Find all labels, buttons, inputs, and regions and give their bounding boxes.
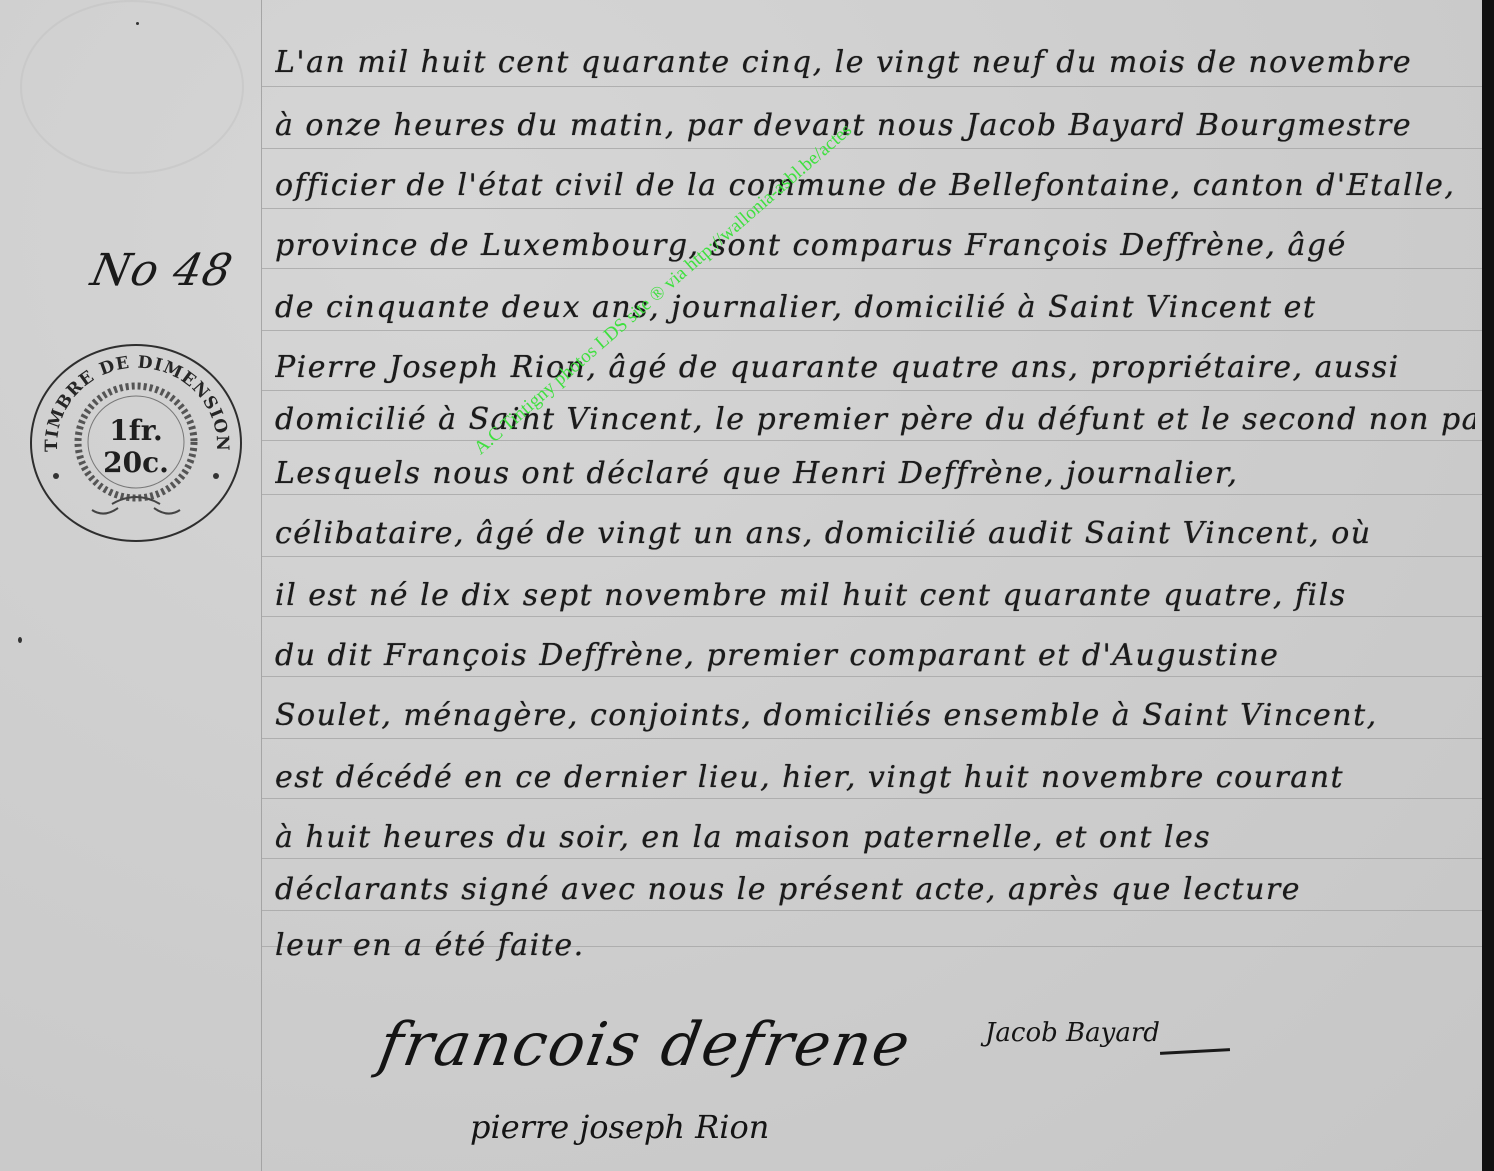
ruled-line [262,208,1482,209]
ink-speck [136,22,139,25]
ruled-line [262,910,1482,911]
ruled-line [262,268,1482,269]
ruled-line [262,556,1482,557]
signature-officer: Jacob Bayard [985,1018,1160,1048]
scan-border [1482,0,1494,1171]
record-line: L'an mil huit cent quarante cinq, le vin… [275,45,1475,80]
record-line: leur en a été faite. [275,928,1475,963]
ruled-line [262,494,1482,495]
document-page: No 48 TIMBRE DE DIMENSION 1fr. 20c. L'an… [0,0,1482,1171]
faded-seal-impression [20,0,244,174]
record-line: domicilié à Saint Vincent, le premier pè… [275,402,1475,437]
record-line: Pierre Joseph Rion, âgé de quarante quat… [275,350,1475,385]
record-line: célibataire, âgé de vingt un ans, domici… [275,516,1475,551]
record-line: déclarants signé avec nous le présent ac… [275,872,1475,907]
ruled-line [262,440,1482,441]
ruled-line [262,86,1482,87]
margin-line [261,0,262,1171]
act-number: No 48 [87,245,238,296]
ruled-line [262,148,1482,149]
record-line: officier de l'état civil de la commune d… [275,168,1475,203]
record-line: Soulet, ménagère, conjoints, domiciliés … [275,698,1475,733]
record-line: du dit François Deffrène, premier compar… [275,638,1475,673]
record-line: de cinquante deux ans, journalier, domic… [275,290,1475,325]
ruled-line [262,616,1482,617]
ruled-line [262,330,1482,331]
stamp-value-francs: 1fr. [32,414,240,447]
signature-witness: pierre joseph Rion [470,1108,769,1146]
ruled-line [262,738,1482,739]
signature-father: francois defrene [374,1010,917,1080]
signature-underline [1160,1048,1230,1055]
record-line: il est né le dix sept novembre mil huit … [275,578,1475,613]
record-line: à huit heures du soir, en la maison pate… [275,820,1475,855]
record-line: est décédé en ce dernier lieu, hier, vin… [275,760,1475,795]
ruled-line [262,390,1482,391]
ink-speck [18,637,22,643]
record-line: à onze heures du matin, par devant nous … [275,108,1475,143]
ruled-line [262,858,1482,859]
record-line: province de Luxembourg, sont comparus Fr… [275,228,1475,263]
record-line: Lesquels nous ont déclaré que Henri Deff… [275,456,1475,491]
stamp-value-centimes: 20c. [32,446,240,479]
ruled-line [262,676,1482,677]
ruled-line [262,798,1482,799]
revenue-stamp: TIMBRE DE DIMENSION 1fr. 20c. [30,344,242,542]
